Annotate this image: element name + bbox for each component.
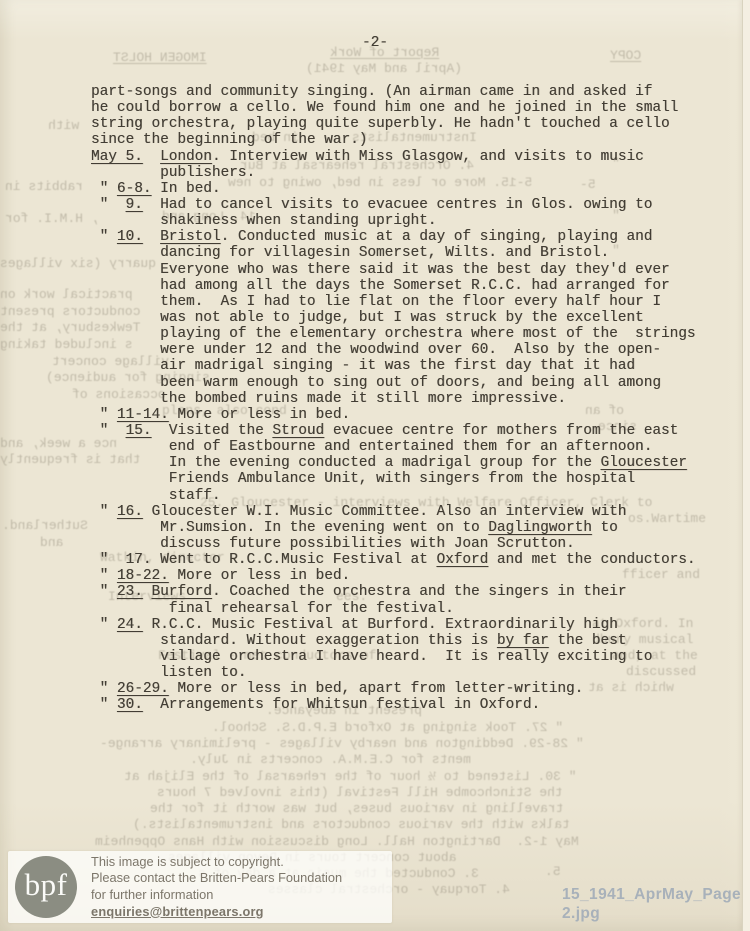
document-line: " 24. R.C.C. Music Festival at Burford. … xyxy=(91,617,696,633)
bleedthrough-line: travelling in various buses, but was wor… xyxy=(150,802,563,816)
document-line: Friends Ambulance Unit, with singers fro… xyxy=(91,471,696,487)
document-line: since the beginning of the war.) xyxy=(91,132,696,148)
bleedthrough-line: " 27. Took singing at Oxford E.P.D.S. Sc… xyxy=(212,721,563,735)
copyright-watermark: bpf This image is subject to copyright. … xyxy=(8,851,392,923)
bpf-logo: bpf xyxy=(15,856,77,918)
bleedthrough-line: the Stinchcombe Hill Festival (this invo… xyxy=(157,786,563,800)
document-line: " 30. Arrangements for Whitsun festival … xyxy=(91,697,696,713)
bleedthrough-line: rabbits in xyxy=(5,180,83,194)
document-line: part-songs and community singing. (An ai… xyxy=(91,84,696,100)
page-number: -2- xyxy=(0,35,750,51)
document-line: " 9. Had to cancel visits to evacuee cen… xyxy=(91,197,696,213)
document-line: air madrigal singing - it was the first … xyxy=(91,358,696,374)
scan-edge xyxy=(743,0,750,931)
document-line: standard. Without exaggeration this is b… xyxy=(91,633,696,649)
document-line: " 10. Bristol. Conducted music at a day … xyxy=(91,229,696,245)
bleedthrough-line: May 1-2. Dartington Hall. Long discussio… xyxy=(95,835,579,849)
bleedthrough-line: with xyxy=(48,119,79,133)
document-line: them. As I had to lie flat on the floor … xyxy=(91,294,696,310)
document-line: In the evening conducted a madrigal grou… xyxy=(91,455,696,471)
document-line: had among all the days the Somerset R.C.… xyxy=(91,278,696,294)
bleedthrough-line: COPY xyxy=(610,49,641,63)
document-line: " 17. Went to R.C.C.Music Festival at Ox… xyxy=(91,552,696,568)
document-line: shakiness when standing upright. xyxy=(91,213,696,229)
document-line: been warm enough to sing out of doors, a… xyxy=(91,375,696,391)
contact-email: enquiries@brittenpears.org xyxy=(91,904,342,921)
document-line: staff. xyxy=(91,488,696,504)
document-line: " 26-29. More or less in bed, apart from… xyxy=(91,681,696,697)
bleedthrough-line: " 30. Listened to ½ hour of the rehearsa… xyxy=(124,770,576,784)
scanned-document-page: COPYReport of Work(April and May 1941)IM… xyxy=(0,0,750,931)
document-line: listen to. xyxy=(91,665,696,681)
document-line: Everyone who was there said it was the b… xyxy=(91,262,696,278)
document-line: " 15. Visited the Stroud evacuee centre … xyxy=(91,423,696,439)
copyright-line: Please contact the Britten-Pears Foundat… xyxy=(91,870,342,887)
copyright-line: for further information xyxy=(91,887,342,904)
bleedthrough-line: ments for C.E.M.A. concerts in July. xyxy=(190,753,471,767)
document-text: part-songs and community singing. (An ai… xyxy=(91,84,696,713)
document-line: end of Eastbourne and entertained them f… xyxy=(91,439,696,455)
document-line: " 6-8. In bed. xyxy=(91,181,696,197)
bleedthrough-line: talks with the various conductors and in… xyxy=(133,818,570,832)
bleedthrough-line: Sutherland. xyxy=(2,519,88,533)
document-line: " 11-14. More or less in bed. xyxy=(91,407,696,423)
document-line: string orchestra, playing quite superbly… xyxy=(91,116,696,132)
bleedthrough-line: (April and May 1941) xyxy=(306,62,462,76)
document-line: publishers. xyxy=(91,165,696,181)
filename-label: 15_1941_AprMay_Page2.jpg xyxy=(562,885,750,923)
document-line: " 16. Gloucester W.I. Music Committee. A… xyxy=(91,504,696,520)
document-line: May 5. London. Interview with Miss Glasg… xyxy=(91,149,696,165)
document-line: final rehearsal for the festival. xyxy=(91,601,696,617)
document-line: dancing for villagesin Somerset, Wilts. … xyxy=(91,245,696,261)
bleedthrough-line: and xyxy=(40,536,63,550)
document-line: discuss future possibilities with Joan S… xyxy=(91,536,696,552)
document-line: the bombed ruins made it still more impr… xyxy=(91,391,696,407)
document-line: he could borrow a cello. We found him on… xyxy=(91,100,696,116)
document-line: village orchestra I have heard. It is re… xyxy=(91,649,696,665)
bleedthrough-line: " 28-29. Deddington and nearby villages … xyxy=(100,737,584,751)
copyright-line: This image is subject to copyright. xyxy=(91,854,342,871)
document-line: " 23. Burford. Coached the orchestra and… xyxy=(91,584,696,600)
bleedthrough-line: , H.M.I. for xyxy=(5,212,99,226)
document-line: playing of the elementary orchestra wher… xyxy=(91,326,696,342)
bpf-logo-text: bpf xyxy=(25,867,68,903)
document-line: was not able to judge, but I was struck … xyxy=(91,310,696,326)
document-line: were under 12 and the woodwind over 60. … xyxy=(91,342,696,358)
document-line: Mr.Sumsion. In the evening went on to Da… xyxy=(91,520,696,536)
copyright-notice: This image is subject to copyright. Plea… xyxy=(91,854,342,920)
bleedthrough-line: 5. xyxy=(545,865,561,879)
bleedthrough-line: IMOGEN HOLST xyxy=(113,51,207,65)
document-line: " 18-22. More or less in bed. xyxy=(91,568,696,584)
